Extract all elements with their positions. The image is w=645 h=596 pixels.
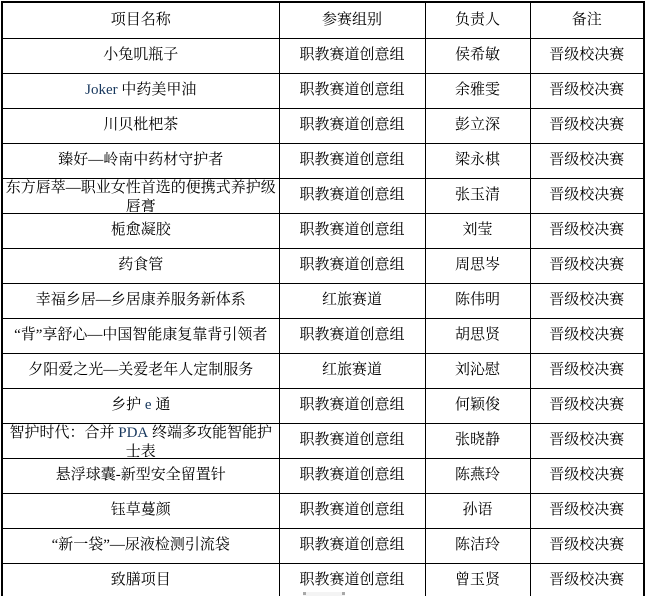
leader-cell: 张玉清 bbox=[425, 178, 530, 213]
note-cell: 晋级校决赛 bbox=[530, 563, 644, 596]
project-cell: 智护时代：合并 PDA 终端多攻能智能护士表 bbox=[2, 423, 279, 458]
handle-dot-icon bbox=[342, 592, 345, 595]
note-cell: 晋级校决赛 bbox=[530, 318, 644, 353]
table-row: 悬浮球囊-新型安全留置针职教赛道创意组陈燕玲晋级校决赛 bbox=[2, 458, 644, 493]
project-cell: 钰草蔓颜 bbox=[2, 493, 279, 528]
leader-cell: 何颖俊 bbox=[425, 388, 530, 423]
table-row: 东方唇萃—职业女性首选的便携式养护级唇膏职教赛道创意组张玉清晋级校决赛 bbox=[2, 178, 644, 213]
group-cell: 职教赛道创意组 bbox=[279, 458, 425, 493]
project-cell: Joker 中药美甲油 bbox=[2, 73, 279, 108]
note-cell: 晋级校决赛 bbox=[530, 458, 644, 493]
note-cell: 晋级校决赛 bbox=[530, 213, 644, 248]
project-cell: 东方唇萃—职业女性首选的便携式养护级唇膏 bbox=[2, 178, 279, 213]
table-row: 乡护 e 通职教赛道创意组何颖俊晋级校决赛 bbox=[2, 388, 644, 423]
leader-cell: 刘沁慰 bbox=[425, 353, 530, 388]
leader-cell: 侯希敏 bbox=[425, 38, 530, 73]
table-row: 幸福乡居—乡居康养服务新体系红旅赛道陈伟明晋级校决赛 bbox=[2, 283, 644, 318]
group-cell: 职教赛道创意组 bbox=[279, 248, 425, 283]
group-cell: 职教赛道创意组 bbox=[279, 178, 425, 213]
project-cell: 栀愈凝胶 bbox=[2, 213, 279, 248]
note-cell: 晋级校决赛 bbox=[530, 108, 644, 143]
project-cell: 幸福乡居—乡居康养服务新体系 bbox=[2, 283, 279, 318]
group-cell: 职教赛道创意组 bbox=[279, 388, 425, 423]
project-cell: 悬浮球囊-新型安全留置针 bbox=[2, 458, 279, 493]
note-cell: 晋级校决赛 bbox=[530, 38, 644, 73]
table-row: 川贝枇杷茶职教赛道创意组彭立深晋级校决赛 bbox=[2, 108, 644, 143]
table-header: 项目名称参赛组别负责人备注 bbox=[2, 2, 644, 38]
leader-cell: 余雅雯 bbox=[425, 73, 530, 108]
note-cell: 晋级校决赛 bbox=[530, 528, 644, 563]
table-row: 药食管职教赛道创意组周思岑晋级校决赛 bbox=[2, 248, 644, 283]
group-cell: 职教赛道创意组 bbox=[279, 423, 425, 458]
table-row: 栀愈凝胶职教赛道创意组刘莹晋级校决赛 bbox=[2, 213, 644, 248]
project-cell: “背”享舒心—中国智能康复靠背引领者 bbox=[2, 318, 279, 353]
note-cell: 晋级校决赛 bbox=[530, 493, 644, 528]
leader-cell: 孙语 bbox=[425, 493, 530, 528]
note-cell: 晋级校决赛 bbox=[530, 178, 644, 213]
group-cell: 职教赛道创意组 bbox=[279, 563, 425, 596]
leader-cell: 胡思贤 bbox=[425, 318, 530, 353]
table-row: 智护时代：合并 PDA 终端多攻能智能护士表职教赛道创意组张晓静晋级校决赛 bbox=[2, 423, 644, 458]
group-cell: 职教赛道创意组 bbox=[279, 38, 425, 73]
latin-text: e bbox=[145, 397, 152, 413]
group-cell: 职教赛道创意组 bbox=[279, 528, 425, 563]
column-header-group: 参赛组别 bbox=[279, 2, 425, 38]
leader-cell: 彭立深 bbox=[425, 108, 530, 143]
leader-cell: 梁永棋 bbox=[425, 143, 530, 178]
column-header-project: 项目名称 bbox=[2, 2, 279, 38]
project-cell: “新一袋”—尿液检测引流袋 bbox=[2, 528, 279, 563]
project-cell: 致膳项目 bbox=[2, 563, 279, 596]
leader-cell: 陈洁玲 bbox=[425, 528, 530, 563]
project-cell: 夕阳爱之光—关爱老年人定制服务 bbox=[2, 353, 279, 388]
project-cell: 臻好—岭南中药材守护者 bbox=[2, 143, 279, 178]
project-cell: 小兔叽瓶子 bbox=[2, 38, 279, 73]
table-row: 夕阳爱之光—关爱老年人定制服务红旅赛道刘沁慰晋级校决赛 bbox=[2, 353, 644, 388]
group-cell: 职教赛道创意组 bbox=[279, 108, 425, 143]
table-body: 小兔叽瓶子职教赛道创意组侯希敏晋级校决赛Joker 中药美甲油职教赛道创意组余雅… bbox=[2, 38, 644, 596]
table-row: 小兔叽瓶子职教赛道创意组侯希敏晋级校决赛 bbox=[2, 38, 644, 73]
project-cell: 川贝枇杷茶 bbox=[2, 108, 279, 143]
leader-cell: 周思岑 bbox=[425, 248, 530, 283]
leader-cell: 刘莹 bbox=[425, 213, 530, 248]
latin-text: Joker bbox=[85, 82, 118, 98]
table-row: “新一袋”—尿液检测引流袋职教赛道创意组陈洁玲晋级校决赛 bbox=[2, 528, 644, 563]
leader-cell: 陈燕玲 bbox=[425, 458, 530, 493]
note-cell: 晋级校决赛 bbox=[530, 388, 644, 423]
note-cell: 晋级校决赛 bbox=[530, 423, 644, 458]
note-cell: 晋级校决赛 bbox=[530, 353, 644, 388]
project-cell: 药食管 bbox=[2, 248, 279, 283]
project-cell: 乡护 e 通 bbox=[2, 388, 279, 423]
note-cell: 晋级校决赛 bbox=[530, 73, 644, 108]
competition-results-table: 项目名称参赛组别负责人备注 小兔叽瓶子职教赛道创意组侯希敏晋级校决赛Joker … bbox=[1, 1, 645, 596]
handle-dot-icon bbox=[303, 592, 306, 595]
group-cell: 红旅赛道 bbox=[279, 283, 425, 318]
leader-cell: 张晓静 bbox=[425, 423, 530, 458]
table-row: “背”享舒心—中国智能康复靠背引领者职教赛道创意组胡思贤晋级校决赛 bbox=[2, 318, 644, 353]
group-cell: 职教赛道创意组 bbox=[279, 143, 425, 178]
leader-cell: 曾玉贤 bbox=[425, 563, 530, 596]
group-cell: 职教赛道创意组 bbox=[279, 73, 425, 108]
leader-cell: 陈伟明 bbox=[425, 283, 530, 318]
note-cell: 晋级校决赛 bbox=[530, 248, 644, 283]
header-row: 项目名称参赛组别负责人备注 bbox=[2, 2, 644, 38]
table-row: Joker 中药美甲油职教赛道创意组余雅雯晋级校决赛 bbox=[2, 73, 644, 108]
group-cell: 红旅赛道 bbox=[279, 353, 425, 388]
group-cell: 职教赛道创意组 bbox=[279, 493, 425, 528]
latin-text: PDA bbox=[118, 425, 148, 441]
note-cell: 晋级校决赛 bbox=[530, 143, 644, 178]
group-cell: 职教赛道创意组 bbox=[279, 318, 425, 353]
table-row: 钰草蔓颜职教赛道创意组孙语晋级校决赛 bbox=[2, 493, 644, 528]
note-cell: 晋级校决赛 bbox=[530, 283, 644, 318]
column-header-leader: 负责人 bbox=[425, 2, 530, 38]
table-row: 臻好—岭南中药材守护者职教赛道创意组梁永棋晋级校决赛 bbox=[2, 143, 644, 178]
document-page: 项目名称参赛组别负责人备注 小兔叽瓶子职教赛道创意组侯希敏晋级校决赛Joker … bbox=[0, 0, 645, 596]
group-cell: 职教赛道创意组 bbox=[279, 213, 425, 248]
partial-element-below-table bbox=[303, 592, 345, 596]
column-header-note: 备注 bbox=[530, 2, 644, 38]
